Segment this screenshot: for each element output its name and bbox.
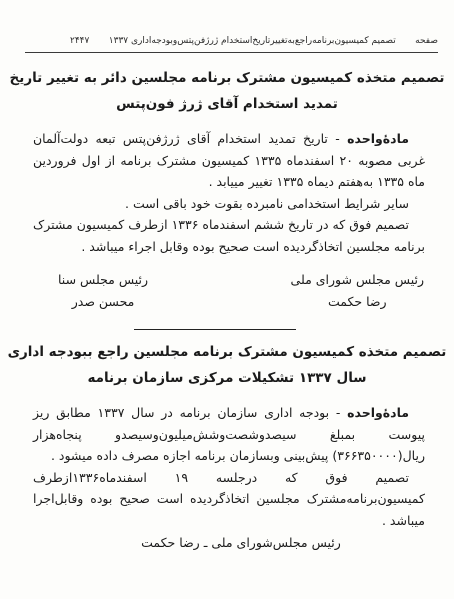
signature-senate-speaker: رئیس مجلس سنا محسن صدر [58,269,148,313]
decision1-article-label: مادهٔ‌واحده [347,131,409,146]
header-page-number: ۲۴۴۷ [70,36,89,46]
decision2-article-label: مادهٔ‌واحده [347,405,409,420]
signature-national-assembly-speaker: رئیس مجلس شورای ملی رضا حکمت [291,269,424,313]
section-admin-budget-decision: تصمیم متخذه کمیسیون مشترک برنامه مجلسین … [0,339,454,554]
header-page-word: صفحه [415,36,438,46]
header-rule [25,52,438,53]
header-doc-title: تصمیم کمیسیون‌برنامه‌راجع‌به‌تغییرتاریخ‌… [109,36,396,46]
decision1-terms-note: سایر شرایط استخدامی نامبرده بقوت خود باق… [33,193,425,215]
decision2-article-clause: مادهٔ‌واحده - بودجه اداری سازمان برنامه … [33,402,425,467]
section-employment-date-decision: تصمیم متخذه کمیسیون مشترک برنامه مجلسین … [0,65,454,313]
decision2-body: مادهٔ‌واحده - بودجه اداری سازمان برنامه … [0,402,454,531]
decision1-heading-line2: تمدید استخدام آقای ژرژ فون‌پتس [0,91,454,117]
decision1-signatures: رئیس مجلس شورای ملی رضا حکمت رئیس مجلس س… [0,257,454,313]
decision2-heading-line2: سال ۱۳۳۷ تشکیلات مرکزی سازمان برنامه [0,365,454,391]
decision1-body: مادهٔ‌واحده - تاریخ تمدید استخدام آقای ژ… [0,128,454,257]
decision2-ratification-note: تصمیم فوق که درجلسه ۱۹ اسفندماه۱۳۳۶ازطرف… [33,467,425,532]
decision1-ratification-note: تصمیم فوق که در تاریخ ششم اسفندماه ۱۳۳۶ … [33,214,425,257]
decision2-heading-line1: تصمیم متخذه کمیسیون مشترک برنامه مجلسین … [0,339,454,365]
signature-title: رئیس مجلس سنا [58,269,148,291]
gazette-page: { "page": { "paper_color": "#fdfdfb", "i… [0,0,454,599]
signature-title: رئیس مجلس شورای ملی [291,269,424,291]
running-header: صفحه تصمیم کمیسیون‌برنامه‌راجع‌به‌تغییرت… [0,0,454,46]
signature-name: محسن صدر [58,291,148,313]
decision1-heading: تصمیم متخذه کمیسیون مشترک برنامه مجلسین … [0,65,454,117]
decision1-article-clause: مادهٔ‌واحده - تاریخ تمدید استخدام آقای ژ… [33,128,425,193]
decision1-heading-line1: تصمیم متخذه کمیسیون مشترک برنامه مجلسین … [0,65,454,91]
section-divider-rule [134,329,296,330]
decision2-heading: تصمیم متخذه کمیسیون مشترک برنامه مجلسین … [0,339,454,391]
signature-name: رضا حکمت [291,291,424,313]
decision2-signature-line: رئیس مجلس‌شورای ملی ـ رضا حکمت [14,532,454,554]
